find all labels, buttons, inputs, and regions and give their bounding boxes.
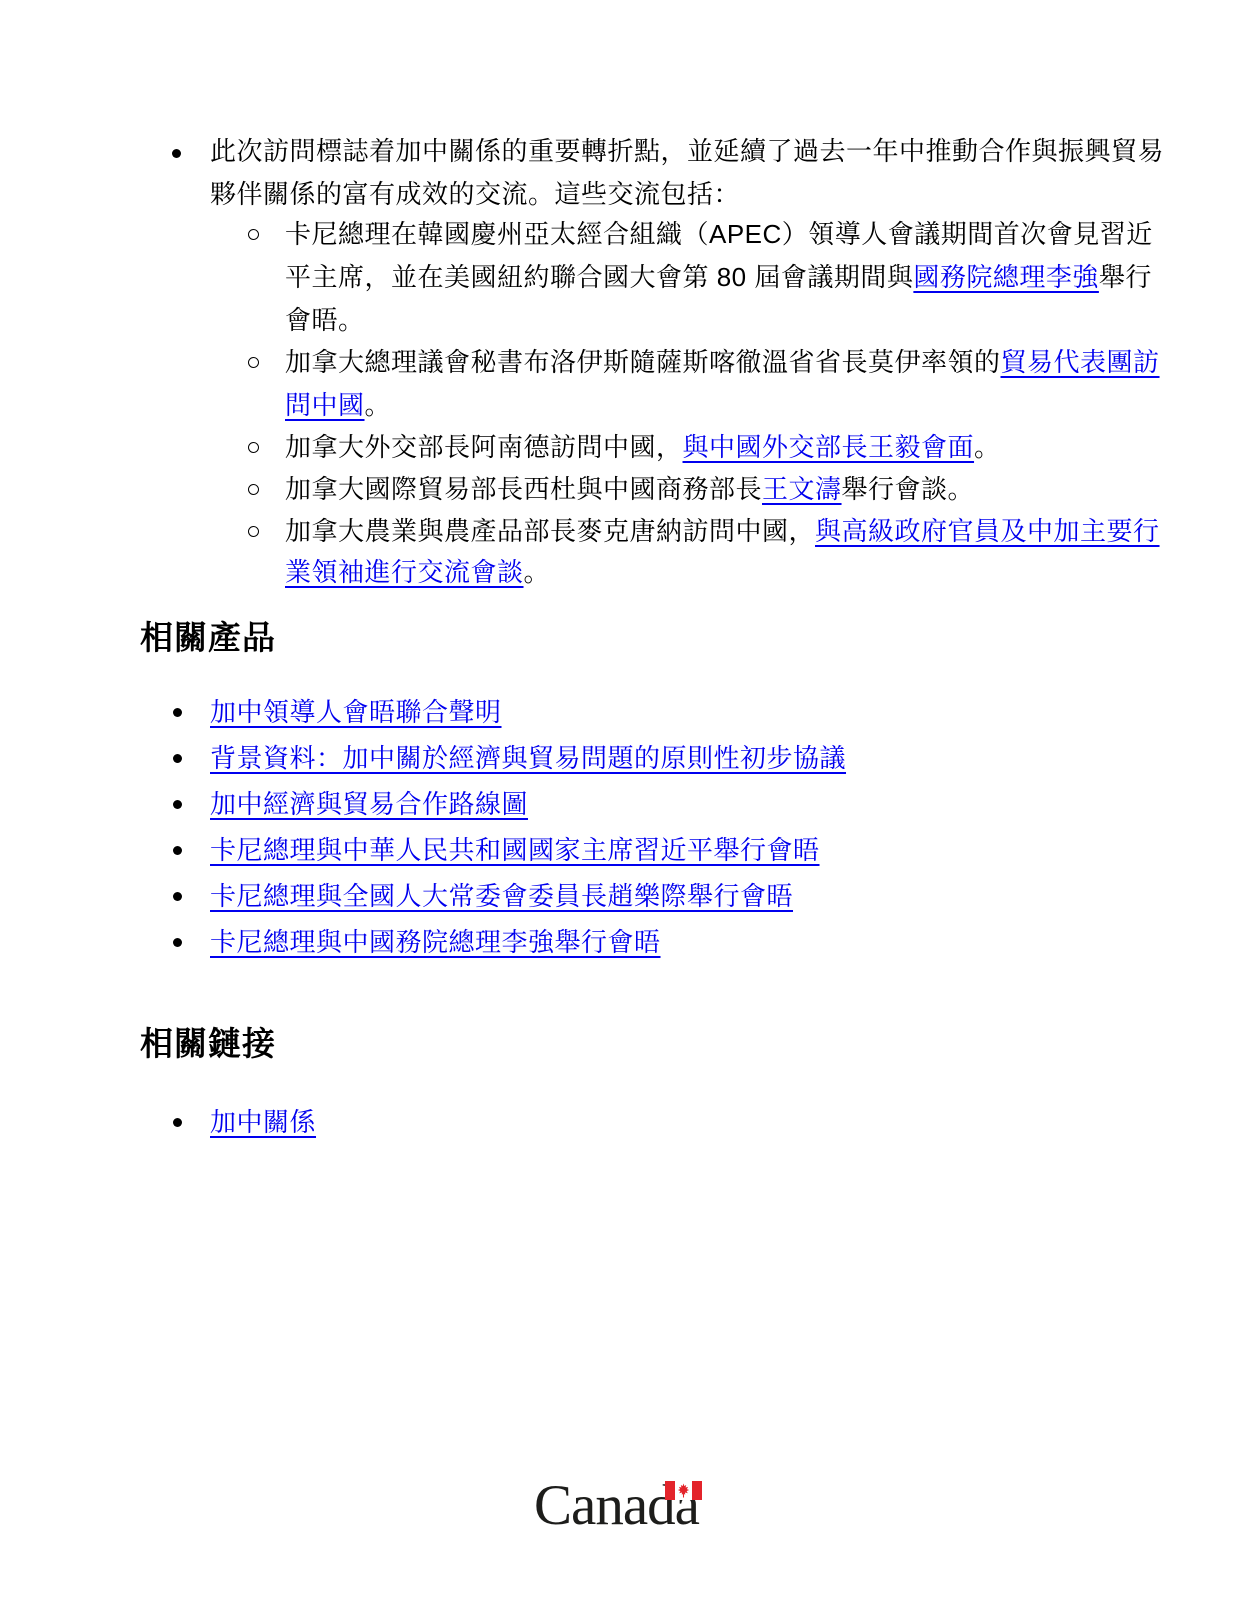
flag-red-bar	[692, 1481, 702, 1500]
text-run: 。	[524, 557, 551, 587]
sub-bullet-4-line-1: 加拿大國際貿易部長西杜與中國商務部長王文濤舉行會談。	[285, 468, 974, 511]
link-wang-wentao[interactable]: 王文濤	[762, 474, 842, 504]
sub-bullet-2-line-2: 問中國。	[285, 384, 391, 427]
sub-bullet-2-line-1: 加拿大總理議會秘書布洛伊斯隨薩斯喀徹溫省省長莫伊率領的貿易代表團訪	[285, 341, 1160, 384]
list-item: 卡尼總理與全國人大常委會委員長趙樂際舉行會晤	[210, 875, 793, 918]
intro-line-2: 夥伴關係的富有成效的交流。這些交流包括：	[210, 173, 740, 216]
link-officials-talks-part-2[interactable]: 業領袖進行交流會談	[285, 557, 524, 587]
text-run: 舉行會談。	[842, 474, 975, 504]
bullet-icon	[173, 938, 182, 947]
list-item: 加中關係	[210, 1101, 316, 1144]
list-item: 卡尼總理與中國務院總理李強舉行會晤	[210, 921, 661, 964]
sub-bullet-5-line-2: 業領袖進行交流會談。	[285, 551, 550, 594]
link-roadmap[interactable]: 加中經濟與貿易合作路線圖	[210, 789, 528, 819]
list-item: 卡尼總理與中華人民共和國國家主席習近平舉行會晤	[210, 829, 820, 872]
text-run: 會晤。	[285, 305, 365, 335]
sub-bullet-1-line-3: 會晤。	[285, 299, 365, 342]
bullet-icon	[173, 800, 182, 809]
related-links-heading: 相關鏈接	[140, 1024, 276, 1064]
link-meeting-xi-jinping[interactable]: 卡尼總理與中華人民共和國國家主席習近平舉行會晤	[210, 835, 820, 865]
text-run: 平主席，並在美國紐約聯合國大會第 80 屆會議期間與	[285, 262, 913, 292]
circle-bullet-icon	[248, 357, 259, 368]
text-run: 卡尼總理在韓國慶州亞太經合組織（APEC）領導人會議期間首次會見習近	[285, 219, 1153, 249]
link-joint-statement[interactable]: 加中領導人會晤聯合聲明	[210, 697, 502, 727]
link-meeting-zhao-leji[interactable]: 卡尼總理與全國人大常委會委員長趙樂際舉行會晤	[210, 881, 793, 911]
text-run: 加拿大農業與農產品部長麥克唐納訪問中國，	[285, 516, 815, 546]
bullet-icon	[173, 846, 182, 855]
list-item: 加中領導人會晤聯合聲明	[210, 691, 502, 734]
intro-line-1: 此次訪問標誌着加中關係的重要轉折點，並延續了過去一年中推動合作與振興貿易	[210, 130, 1164, 173]
text-run: 。	[365, 390, 392, 420]
bullet-icon	[173, 708, 182, 717]
text-run: 舉行	[1099, 262, 1152, 292]
circle-bullet-icon	[248, 229, 259, 240]
sub-bullet-1-line-2: 平主席，並在美國紐約聯合國大會第 80 屆會議期間與國務院總理李強舉行	[285, 256, 1152, 299]
text-run: 加拿大總理議會秘書布洛伊斯隨薩斯喀徹溫省省長莫伊率領的	[285, 347, 1001, 377]
sub-bullet-1-line-1: 卡尼總理在韓國慶州亞太經合組織（APEC）領導人會議期間首次會見習近	[285, 213, 1153, 256]
related-products-heading: 相關產品	[140, 618, 276, 658]
text-run: 。	[974, 432, 1001, 462]
link-trade-mission-part-1[interactable]: 貿易代表團訪	[1001, 347, 1160, 377]
bullet-icon	[173, 892, 182, 901]
sub-bullet-3-line-1: 加拿大外交部長阿南德訪問中國，與中國外交部長王毅會面。	[285, 426, 1001, 469]
link-meeting-wang-yi[interactable]: 與中國外交部長王毅會面	[683, 432, 975, 462]
flag-red-bar	[665, 1481, 675, 1500]
sub-bullet-5-line-1: 加拿大農業與農產品部長麥克唐納訪問中國，與高級政府官員及中加主要行	[285, 510, 1160, 553]
link-meeting-li-qiang[interactable]: 卡尼總理與中國務院總理李強舉行會晤	[210, 927, 661, 957]
document-page: 此次訪問標誌着加中關係的重要轉折點，並延續了過去一年中推動合作與振興貿易 夥伴關…	[0, 0, 1236, 1600]
flag-white-center	[675, 1481, 692, 1500]
bullet-icon	[172, 149, 181, 158]
maple-leaf-icon	[677, 1483, 690, 1498]
bullet-icon	[173, 1118, 182, 1127]
link-premier-li-qiang[interactable]: 國務院總理李強	[913, 262, 1099, 292]
canada-flag-icon	[665, 1481, 702, 1500]
circle-bullet-icon	[248, 526, 259, 537]
link-canada-china-relations[interactable]: 加中關係	[210, 1107, 316, 1137]
circle-bullet-icon	[248, 484, 259, 495]
link-backgrounder-agreement[interactable]: 背景資料：加中關於經濟與貿易問題的原則性初步協議	[210, 743, 846, 773]
link-officials-talks-part-1[interactable]: 與高級政府官員及中加主要行	[815, 516, 1160, 546]
bullet-icon	[173, 754, 182, 763]
text-run: 加拿大國際貿易部長西杜與中國商務部長	[285, 474, 762, 504]
list-item: 背景資料：加中關於經濟與貿易問題的原則性初步協議	[210, 737, 846, 780]
text-run: 加拿大外交部長阿南德訪問中國，	[285, 432, 683, 462]
circle-bullet-icon	[248, 442, 259, 453]
list-item: 加中經濟與貿易合作路線圖	[210, 783, 528, 826]
link-trade-mission-part-2[interactable]: 問中國	[285, 390, 365, 420]
